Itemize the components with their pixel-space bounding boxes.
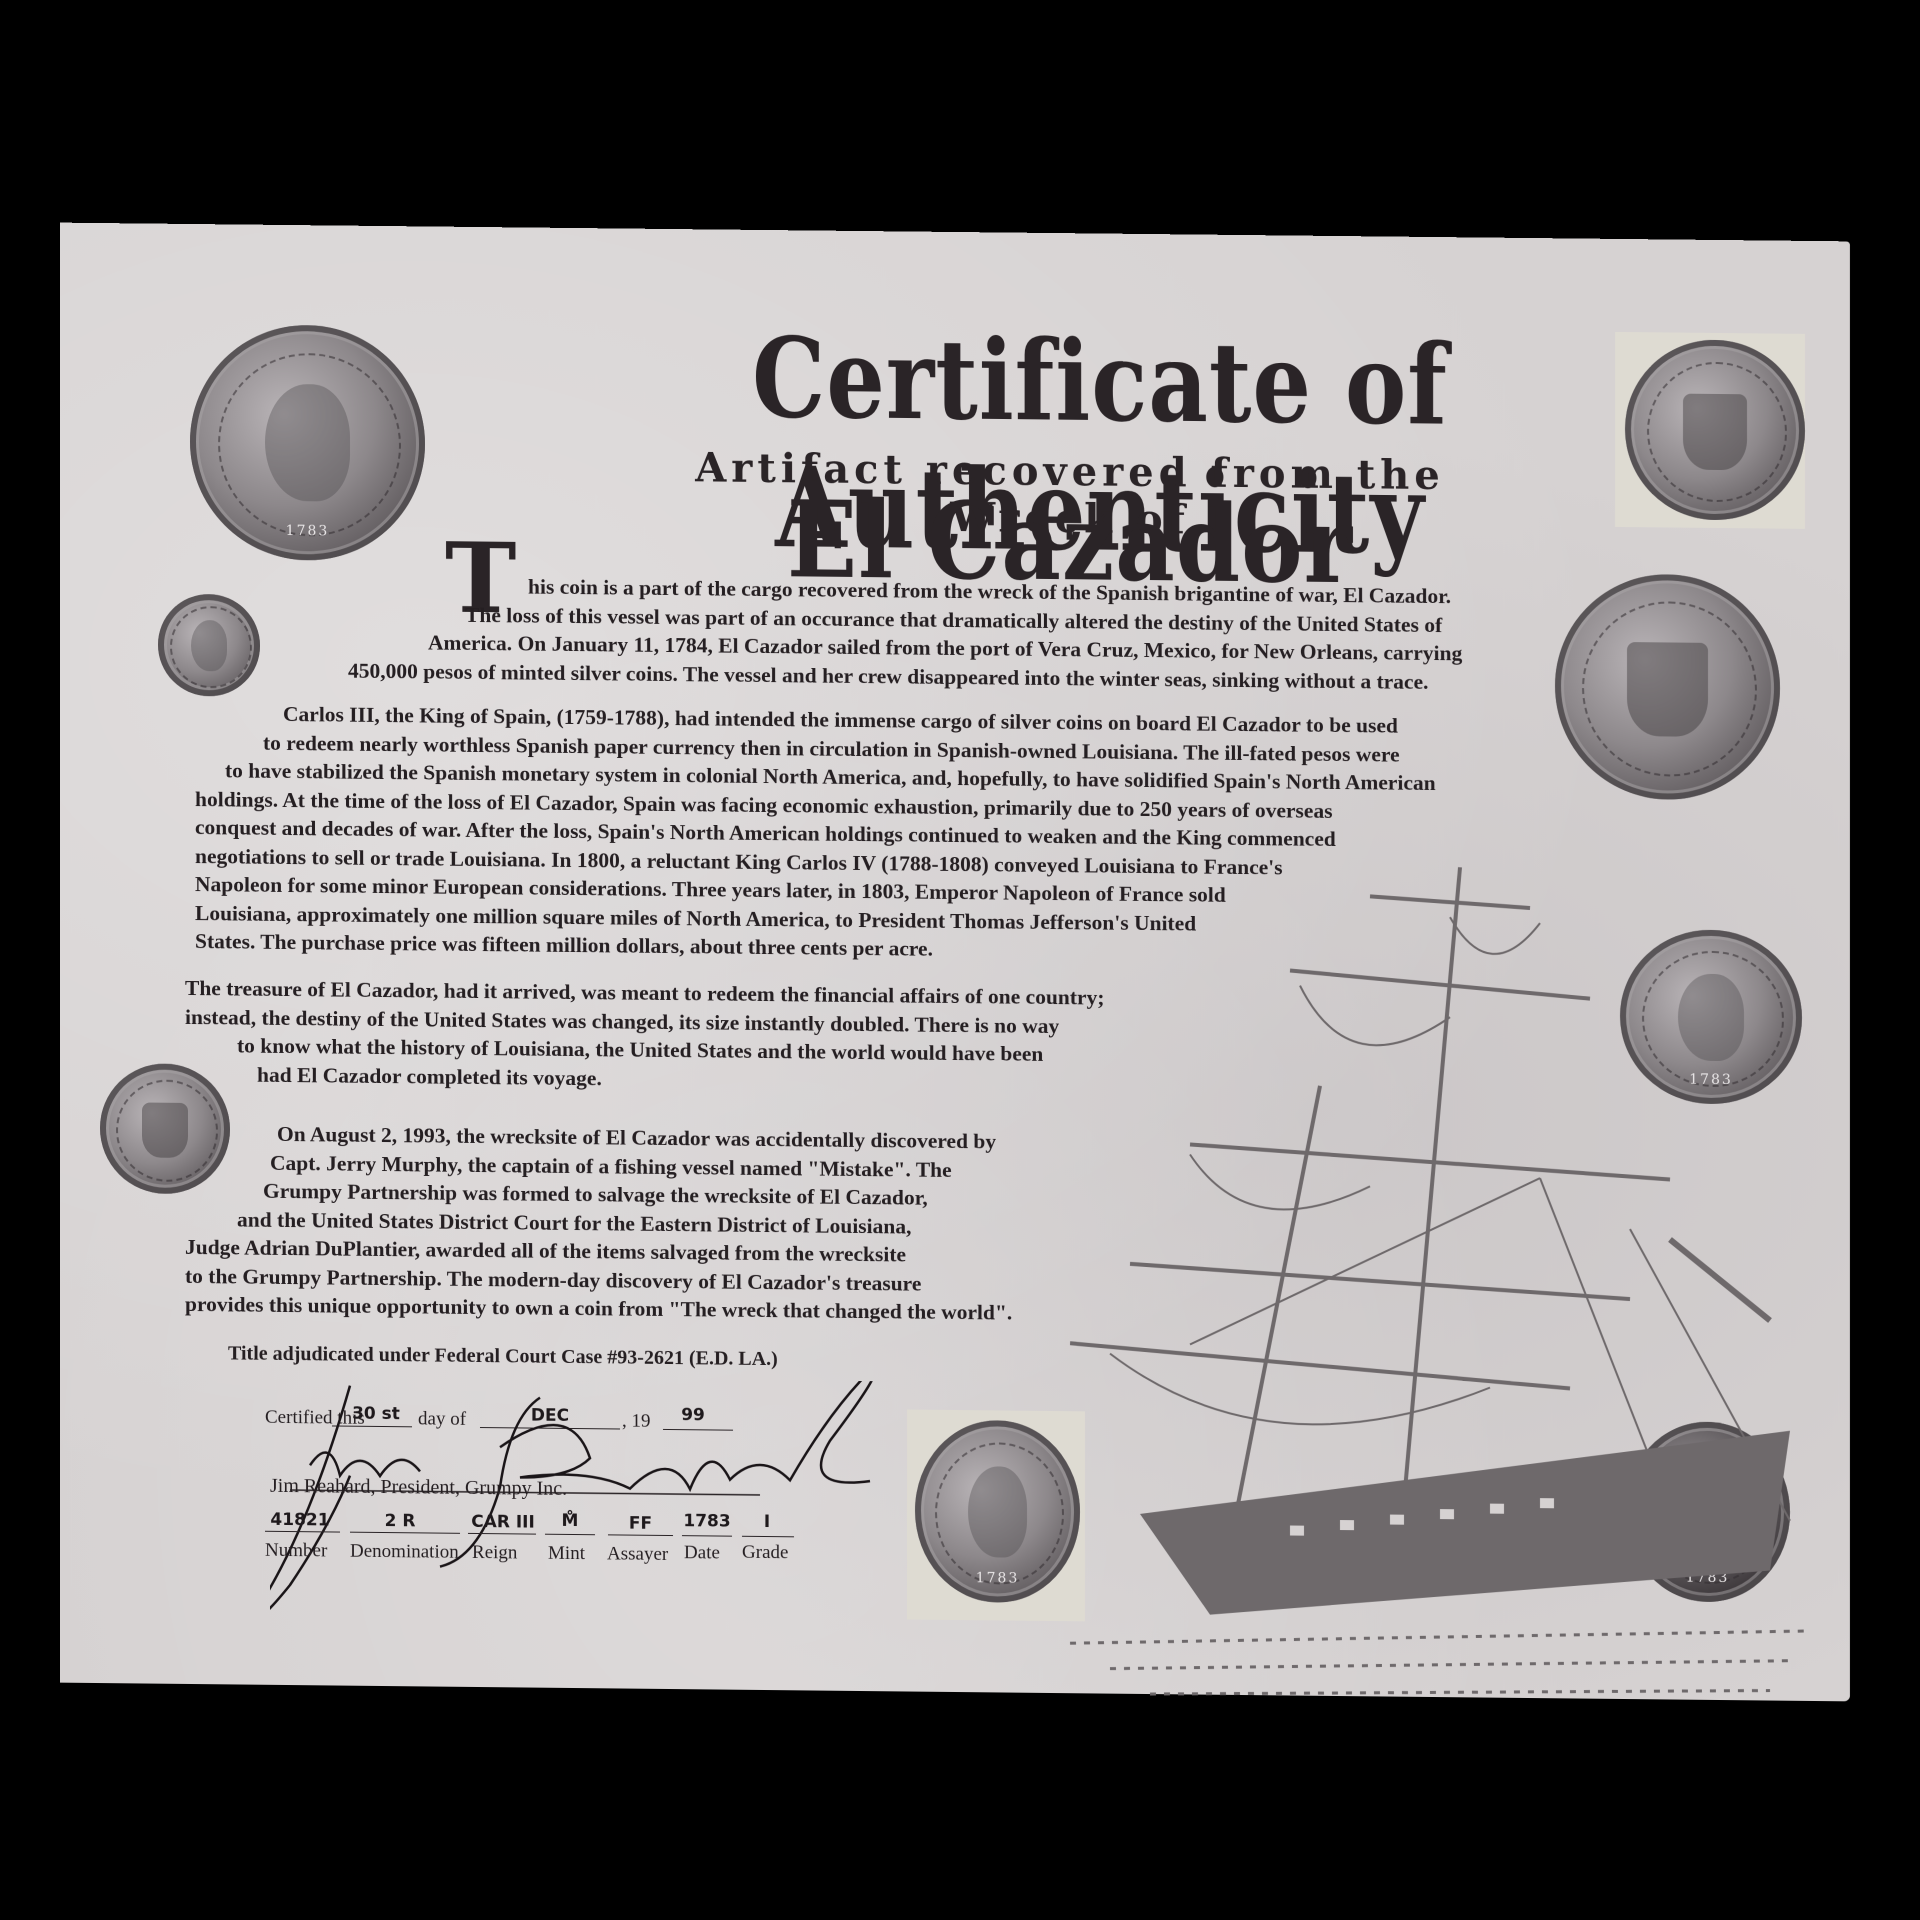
coin-obverse-small-image [158, 594, 260, 697]
coin-assayer-label: Assayer [607, 1543, 668, 1566]
signatory-name: Jim Reahard, President, Grumpy Inc. [270, 1475, 567, 1501]
coin-reign-value: CAR III [468, 1512, 538, 1533]
paragraph-1: his coin is a part of the cargo recovere… [320, 570, 1462, 696]
coin-assayer-value: FF [608, 1513, 673, 1534]
coin-number-label: Number [265, 1540, 327, 1563]
coin-denomination-value: 2 R [350, 1511, 450, 1532]
coin-reverse-2r-image [1625, 339, 1805, 521]
coin-obverse-large-image: 1783 [190, 324, 425, 561]
coin-shield [1683, 394, 1748, 470]
coin-number-value: 41821 [265, 1510, 335, 1531]
coin-reign-label: Reign [472, 1542, 517, 1564]
coin-reverse-4r-image [1555, 573, 1780, 800]
coin-date-value: 1783 [682, 1511, 732, 1532]
coin-denomination-label: Denomination [350, 1541, 459, 1564]
court-case-note: Title adjudicated under Federal Court Ca… [228, 1342, 778, 1371]
paragraph-2: Carlos III, the King of Spain, (1759-178… [155, 699, 1436, 969]
coin-date-label: Date [684, 1542, 720, 1564]
coin-mint-label: Mint [548, 1543, 585, 1565]
coin-portrait [191, 619, 228, 670]
paragraph-3: The treasure of El Cazador, had it arriv… [185, 974, 1104, 1098]
paragraph-4: On August 2, 1993, the wrecksite of El C… [185, 1119, 1012, 1327]
coin-portrait [265, 384, 350, 502]
coin-portrait [968, 1466, 1027, 1558]
coin-grade-value: I [742, 1512, 792, 1533]
coin-shield [142, 1102, 189, 1157]
coin-grade-label: Grade [742, 1542, 788, 1564]
coin-date: 1783 [190, 522, 425, 540]
certificate-paper: 1783 1783 1783 1783 [60, 223, 1850, 1702]
signature [270, 1375, 960, 1642]
coin-shield [1627, 642, 1708, 737]
coin-mint-value: M̊ [545, 1511, 595, 1532]
